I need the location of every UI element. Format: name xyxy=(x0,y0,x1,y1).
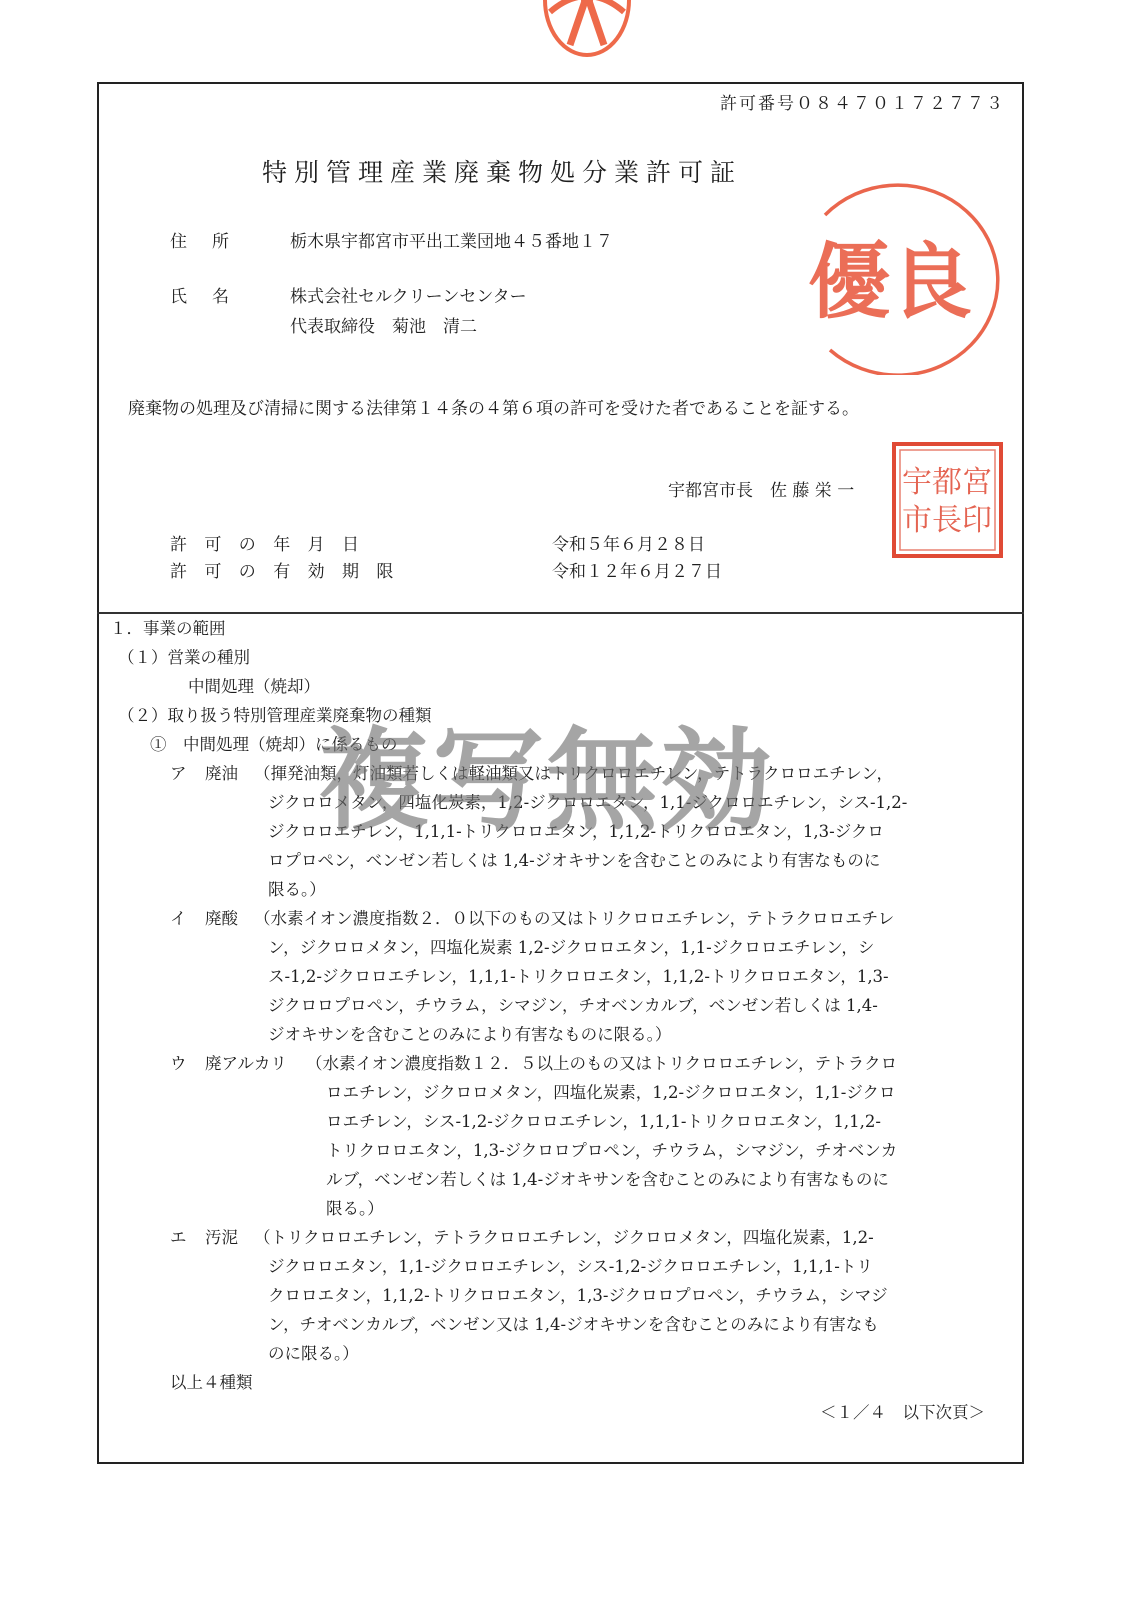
item-line: ン，ジクロロメタン，四塩化炭素 1,2-ジクロロエタン，1,1-ジクロロエチレン… xyxy=(268,933,874,962)
permit-date-value: 令和５年６月２８日 xyxy=(552,530,705,555)
address-label: 住 所 xyxy=(170,227,233,252)
item-line: （揮発油類，灯油類若しくは軽油類又はトリクロロエチレン，テトラクロロエチレン， xyxy=(254,759,893,788)
item-name: 廃油 xyxy=(205,759,238,788)
item-line: ジクロロプロペン，チウラム，シマジン，チオベンカルブ，ベンゼン若しくは 1,4- xyxy=(268,991,878,1020)
item-line: 限る。） xyxy=(268,875,326,904)
representative-name: 代表取締役 菊池 清二 xyxy=(290,312,477,337)
item-line: ルブ，ベンゼン若しくは 1,4-ジオキサンを含むことのみにより有害なものに xyxy=(326,1165,889,1194)
section-divider xyxy=(97,612,1024,614)
business-type-value: 中間処理（焼却） xyxy=(188,672,320,701)
name-label: 氏 名 xyxy=(170,282,233,307)
item-marker: イ xyxy=(170,904,187,933)
item-line: （トリクロロエチレン，テトラクロロエチレン，ジクロロメタン，四塩化炭素，1,2- xyxy=(254,1223,874,1252)
item-line: トリクロロエタン，1,3-ジクロロプロペン，チウラム，シマジン，チオベンカ xyxy=(326,1136,897,1165)
item-line: ジオキサンを含むことのみにより有害なものに限る。） xyxy=(268,1020,671,1049)
mayor-seal-icon: 宇都宮 市長印 xyxy=(890,440,1005,560)
permit-date-label: 許 可 の 年 月 日 xyxy=(170,530,365,555)
item-line: クロロエタン，1,1,2-トリクロロエタン，1,3-ジクロロプロペン，チウラム，… xyxy=(268,1281,888,1310)
waste-types-heading: （２）取り扱う特別管理産業廃棄物の種類 xyxy=(118,701,432,730)
issuer-name: 宇都宮市長 佐 藤 栄 一 xyxy=(668,476,854,501)
item-line: （水素イオン濃度指数１２．５以上のもの又はトリクロロエチレン，テトラクロ xyxy=(306,1049,897,1078)
item-name: 汚泥 xyxy=(205,1223,238,1252)
svg-text:宇都宮: 宇都宮 xyxy=(902,465,992,500)
expiry-date-value: 令和１２年６月２７日 xyxy=(552,557,722,582)
document-title: 特別管理産業廃棄物処分業許可証 xyxy=(262,153,742,189)
item-line: ジクロロメタン，四塩化炭素，1,2-ジクロロエタン，1,1-ジクロロエチレン，シ… xyxy=(268,788,907,817)
item-name: 廃アルカリ xyxy=(205,1049,287,1078)
item-line: 限る。） xyxy=(326,1194,384,1223)
item-line: のに限る。） xyxy=(268,1339,359,1368)
address-value: 栃木県宇都宮市平出工業団地４５番地１７ xyxy=(290,227,613,252)
svg-text:市長印: 市長印 xyxy=(902,503,992,538)
scope-heading: １．事業の範囲 xyxy=(110,614,226,643)
business-type-heading: （１）営業の種別 xyxy=(118,643,250,672)
item-marker: ア xyxy=(170,759,187,788)
partial-stamp-icon xyxy=(540,0,635,60)
certification-statement: 廃棄物の処理及び清掃に関する法律第１４条の４第６項の許可を受けた者であることを証… xyxy=(128,394,859,419)
permit-number: 許可番号０８４７０１７２７７３ xyxy=(720,89,1005,114)
item-marker: ウ xyxy=(170,1049,187,1078)
svg-text:優良: 優良 xyxy=(808,235,972,330)
incineration-subheading: ① 中間処理（焼却）に係るもの xyxy=(150,730,398,759)
item-line: ス-1,2-ジクロロエチレン，1,1,1-トリクロロエタン，1,1,2-トリクロ… xyxy=(268,962,889,991)
page-indicator: ＜１／４ 以下次頁＞ xyxy=(820,1398,985,1427)
item-line: ン，チオベンカルブ，ベンゼン又は 1,4-ジオキサンを含むことのみにより有害なも xyxy=(268,1310,879,1339)
item-line: （水素イオン濃度指数２．０以下のもの又はトリクロロエチレン，テトラクロロエチレ xyxy=(254,904,894,933)
item-line: ジクロロエタン，1,1-ジクロロエチレン，シス-1,2-ジクロロエチレン，1,1… xyxy=(268,1252,873,1281)
item-line: ロプロペン，ベンゼン若しくは 1,4-ジオキサンを含むことのみにより有害なものに xyxy=(268,846,880,875)
item-name: 廃酸 xyxy=(205,904,238,933)
item-line: ジクロロエチレン，1,1,1-トリクロロエタン，1,1,2-トリクロロエタン，1… xyxy=(268,817,884,846)
total-count: 以上４種類 xyxy=(170,1368,253,1397)
expiry-label: 許 可 の 有 効 期 限 xyxy=(170,557,399,582)
excellent-seal-icon: 優良 xyxy=(790,175,1000,375)
company-name: 株式会社セルクリーンセンター xyxy=(290,282,527,307)
item-line: ロエチレン，シス-1,2-ジクロロエチレン，1,1,1-トリクロロエタン，1,1… xyxy=(326,1107,881,1136)
item-marker: エ xyxy=(170,1223,187,1252)
item-line: ロエチレン，ジクロロメタン，四塩化炭素，1,2-ジクロロエタン，1,1-ジクロ xyxy=(326,1078,895,1107)
